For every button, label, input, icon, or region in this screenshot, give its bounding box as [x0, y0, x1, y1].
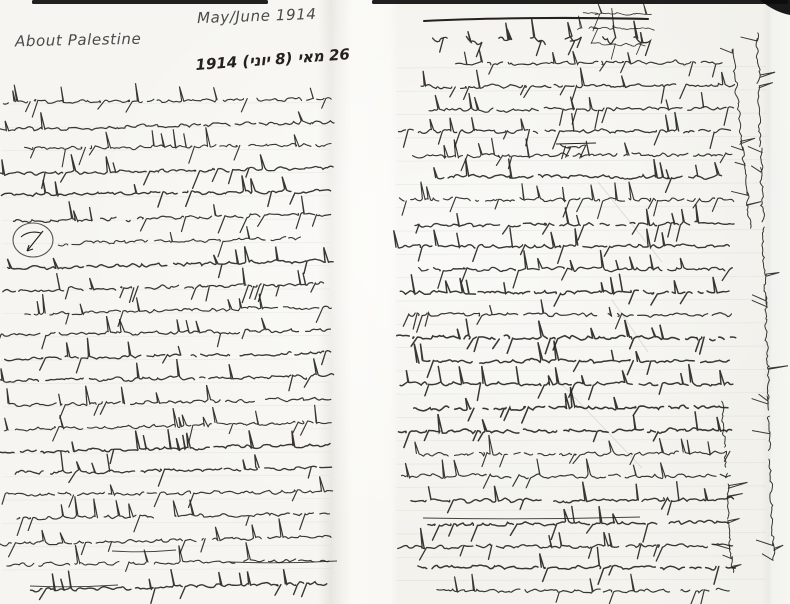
ruled-line: [2, 522, 330, 524]
handwriting-line: [4, 83, 332, 117]
circled-annotation: [13, 223, 53, 257]
handwriting-line: [0, 429, 330, 463]
scanner-corner-artifact: [760, 0, 790, 15]
handwriting-line: [434, 158, 722, 192]
ruled-line: [396, 439, 766, 441]
ruled-line: [2, 312, 330, 314]
header-glyph: [603, 25, 616, 43]
margin-line-group: [704, 400, 754, 574]
ruled-line: [2, 475, 330, 477]
handwriting-line: [2, 476, 333, 507]
handwriting-line: [0, 112, 334, 131]
ruled-line: [2, 242, 330, 244]
underline-stroke: [423, 517, 640, 519]
ruled-line: [2, 149, 330, 151]
scanner-edge-strip: [32, 0, 268, 4]
ruled-line: [396, 346, 766, 348]
header-glyph: [433, 37, 448, 52]
annotation-about-palestine: About Palestine: [15, 30, 142, 51]
handwriting-line: [5, 405, 332, 443]
header-glyph: [634, 21, 651, 56]
ruled-line: [2, 405, 330, 407]
header-glyph: [531, 18, 546, 56]
ruled-line: [396, 416, 766, 418]
handwriting-line: [0, 358, 334, 390]
ruled-line: [396, 509, 766, 511]
handwriting-line: [418, 547, 736, 584]
handwriting-canvas: [0, 0, 790, 604]
scribble-row: [592, 43, 651, 59]
handwriting-line: [1, 175, 330, 207]
ruled-line: [396, 160, 766, 162]
annotation-arrow: [27, 231, 43, 251]
handwriting-line: [25, 294, 331, 327]
handwriting-line: [15, 451, 331, 487]
header-rule-line: [424, 18, 648, 21]
left-page-handwriting: [0, 83, 334, 603]
right-page-handwriting: [394, 50, 736, 604]
handwriting-line: [400, 274, 729, 306]
margin-handwriting-line: [704, 400, 754, 574]
header-glyph: [499, 23, 512, 41]
ruled-line: [396, 486, 766, 488]
ruled-line: [396, 276, 766, 278]
margin-handwriting-line: [739, 32, 790, 561]
handwriting-line: [451, 50, 722, 77]
ruled-line: [396, 323, 766, 325]
handwriting-line: [13, 196, 330, 233]
annotation-circle: [13, 223, 53, 257]
handwriting-line: [413, 138, 732, 171]
handwriting-line: [3, 268, 324, 303]
handwriting-line: [415, 204, 734, 241]
ruled-line: [396, 253, 766, 255]
ruled-line: [2, 545, 330, 547]
ruled-line: [396, 300, 766, 302]
ruled-line: [396, 579, 766, 581]
ruled-line: [396, 90, 766, 92]
ruled-line: [396, 183, 766, 185]
ruled-line: [2, 359, 330, 361]
handwriting-line: [419, 250, 733, 288]
top-corner-scribbles: [578, 4, 655, 60]
margin-line-group: [739, 32, 790, 561]
handwriting-line: [429, 92, 733, 128]
ruled-line: [396, 463, 766, 465]
scanner-edge-strip: [372, 0, 788, 4]
ruled-line: [396, 113, 766, 115]
ruled-line: [396, 136, 766, 138]
margin-line-group: [717, 46, 765, 230]
ruled-line: [396, 556, 766, 558]
ruled-line: [2, 336, 330, 338]
header-glyph: [565, 22, 581, 54]
ruled-line: [2, 382, 330, 384]
handwriting-line: [7, 385, 331, 418]
ruled-line: [2, 569, 330, 571]
pencil-smudge: [612, 300, 648, 352]
annotation-mark: [21, 232, 41, 237]
handwriting-line: [421, 68, 734, 103]
handwriting-line: [31, 569, 327, 603]
handwriting-line: [437, 574, 729, 604]
handwriting-line: [5, 338, 331, 373]
header-glyph-row: [433, 18, 651, 57]
strikethrough-line: [556, 143, 596, 144]
ruled-line: [2, 499, 330, 501]
handwriting-line: [25, 127, 331, 167]
ruled-line: [2, 289, 330, 291]
margin-handwriting-line: [717, 46, 765, 230]
handwriting-line: [428, 506, 728, 542]
ruled-line: [396, 393, 766, 395]
ruled-line: [396, 533, 766, 535]
ruled-line: [396, 369, 766, 371]
handwriting-line: [17, 496, 329, 535]
handwriting-line: [7, 246, 333, 277]
letter-scan-page: About Palestine May/June 1914 26 מאי (8 …: [0, 0, 790, 604]
handwriting-line: [0, 316, 330, 351]
handwriting-line: [58, 226, 300, 257]
handwriting-line: [403, 299, 731, 332]
